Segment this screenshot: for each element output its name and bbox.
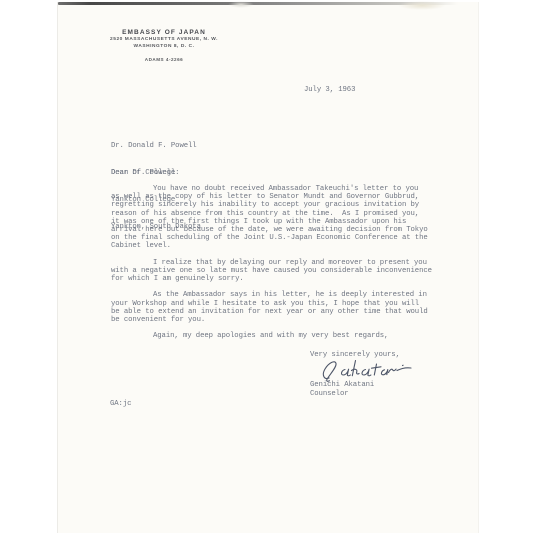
scan-smudge — [228, 1, 254, 8]
letterhead-organization: EMBASSY OF JAPAN — [58, 28, 270, 37]
body-line: your Workshop and while I hesitate to as… — [111, 300, 451, 308]
scanned-letter: EMBASSY OF JAPAN 2520 MASSACHUSETTS AVEN… — [0, 0, 533, 533]
body-line: regretting sincerely his inability to ac… — [111, 201, 451, 209]
letterhead-address-line1: 2520 MASSACHUSETTS AVENUE, N. W. — [58, 37, 270, 44]
body-line: it was one of the first things I took up… — [111, 218, 451, 226]
body-line: be able to extend an invitation for next… — [111, 308, 451, 316]
body-line: arrival here but because of the date, we… — [111, 226, 451, 234]
body-line: reason of his absence from this country … — [111, 210, 451, 218]
body-paragraph: As the Ambassador says in his letter, he… — [111, 291, 451, 324]
reference-initials: GA:jc — [110, 400, 131, 408]
body-line: Again, my deep apologies and with my ver… — [111, 332, 451, 340]
body-line: As the Ambassador says in his letter, he… — [111, 291, 451, 299]
body-line: on the final scheduling of the Joint U.S… — [111, 234, 451, 242]
date-line: July 3, 1963 — [304, 86, 355, 94]
body-paragraph: Again, my deep apologies and with my ver… — [111, 332, 451, 340]
letter-body: You have no doubt received Ambassador Ta… — [111, 185, 451, 349]
signer-title: Counselor — [310, 390, 349, 398]
body-line: with a negative one so late must have ca… — [111, 267, 451, 275]
salutation: Dear Dr. Powell: — [111, 169, 179, 177]
letterhead-address-line2: WASHINGTON 8, D. C. — [58, 44, 270, 51]
letterhead: EMBASSY OF JAPAN 2520 MASSACHUSETTS AVEN… — [58, 28, 270, 62]
body-paragraph: I realize that by delaying our reply and… — [111, 259, 451, 284]
body-line: You have no doubt received Ambassador Ta… — [111, 185, 451, 193]
body-paragraph: You have no doubt received Ambassador Ta… — [111, 185, 451, 251]
signer-name: Genichi Akatani — [310, 381, 374, 389]
body-line: Cabinet level. — [111, 242, 451, 250]
recipient-name: Dr. Donald F. Powell — [111, 142, 201, 151]
body-line: as well as the copy of his letter to Sen… — [111, 193, 451, 201]
signature-scrawl-icon — [314, 357, 414, 383]
handwritten-signature — [314, 357, 414, 383]
body-line: I realize that by delaying our reply and… — [111, 259, 451, 267]
body-line: be convenient for you. — [111, 316, 451, 324]
letter-page: EMBASSY OF JAPAN 2520 MASSACHUSETTS AVEN… — [57, 2, 479, 533]
scan-smudge — [398, 1, 446, 10]
body-line: for which I am genuinely sorry. — [111, 275, 451, 283]
letterhead-phone: ADAMS 4-2266 — [58, 57, 270, 62]
